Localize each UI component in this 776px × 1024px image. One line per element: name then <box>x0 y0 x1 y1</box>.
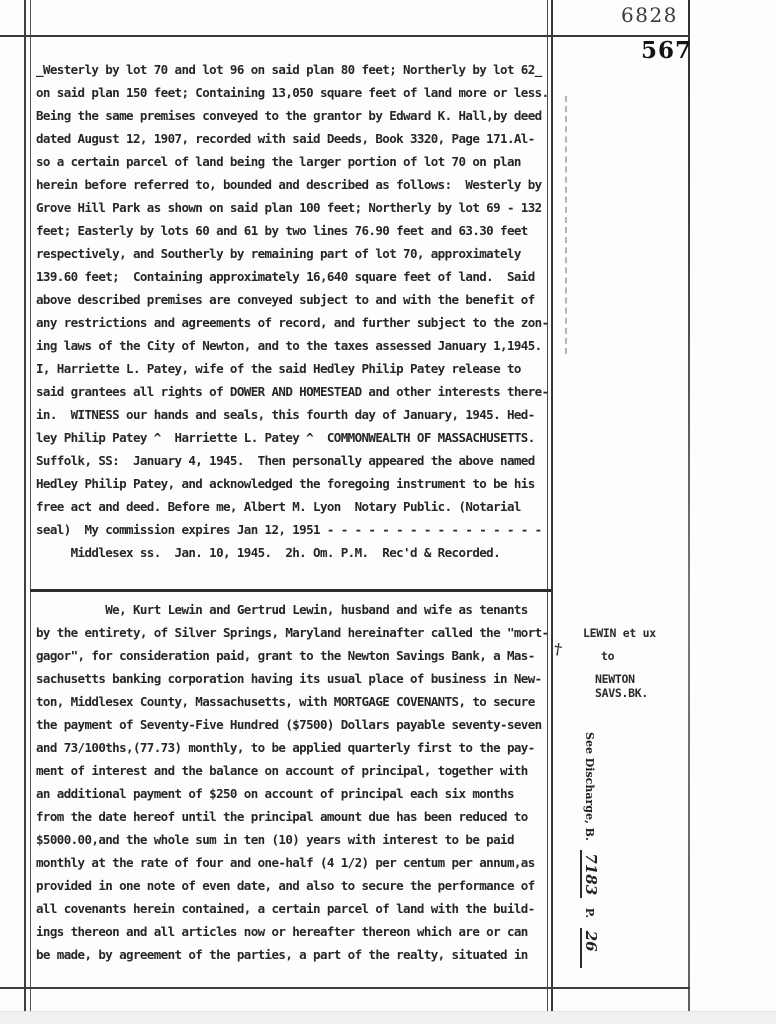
text-line: an additional payment of $250 on account… <box>36 782 552 805</box>
to-label: to <box>583 649 693 663</box>
index-column-right-rule <box>688 0 690 1011</box>
notation-mark: † <box>553 640 563 659</box>
text-line: Grove Hill Park as shown on said plan 10… <box>36 196 552 219</box>
grantor-label: LEWIN et ux <box>583 626 693 640</box>
text-line: in. WITNESS our hands and seals, this fo… <box>36 403 552 426</box>
deed-entry-2-text: We, Kurt Lewin and Gertrud Lewin, husban… <box>36 598 552 966</box>
text-line: Suffolk, SS: January 4, 1945. Then perso… <box>36 449 552 472</box>
scan-edge-strip <box>0 1011 776 1024</box>
text-line: Middlesex ss. Jan. 10, 1945. 2h. Om. P.M… <box>36 541 552 564</box>
text-line: by the entirety, of Silver Springs, Mary… <box>36 621 552 644</box>
discharge-book-handwritten: 7183 <box>580 850 600 898</box>
text-line: herein before referred to, bounded and d… <box>36 173 552 196</box>
text-line: sachusetts banking corporation having it… <box>36 667 552 690</box>
text-line: ing laws of the City of Newton, and to t… <box>36 334 552 357</box>
text-line: seal) My commission expires Jan 12, 1951… <box>36 518 552 541</box>
deed-entry-1-text: _Westerly by lot 70 and lot 96 on said p… <box>36 58 552 564</box>
text-line: monthly at the rate of four and one-half… <box>36 851 552 874</box>
text-line: above described premises are conveyed su… <box>36 288 552 311</box>
page-number: 567 <box>641 37 692 64</box>
bottom-horizontal-rule <box>0 987 690 989</box>
margin-party-index: LEWIN et ux to NEWTON SAVS.BK. <box>583 626 693 700</box>
left-margin-double-rule <box>24 0 31 1011</box>
text-line: provided in one note of even date, and a… <box>36 874 552 897</box>
text-line: from the date hereof until the principal… <box>36 805 552 828</box>
text-line: _Westerly by lot 70 and lot 96 on said p… <box>36 58 552 81</box>
top-horizontal-rule <box>0 35 690 37</box>
text-line: any restrictions and agreements of recor… <box>36 311 552 334</box>
text-line: on said plan 150 feet; Containing 13,050… <box>36 81 552 104</box>
text-line: Hedley Philip Patey, and acknowledged th… <box>36 472 552 495</box>
grantee-label-line2: SAVS.BK. <box>583 686 693 700</box>
text-line: be made, by agreement of the parties, a … <box>36 943 552 966</box>
text-line: so a certain parcel of land being the la… <box>36 150 552 173</box>
discharge-page-handwritten: 26 <box>580 928 600 968</box>
text-line: I, Harriette L. Patey, wife of the said … <box>36 357 552 380</box>
folio-number: 6828 <box>621 3 678 27</box>
text-line: dated August 12, 1907, recorded with sai… <box>36 127 552 150</box>
text-line: respectively, and Southerly by remaining… <box>36 242 552 265</box>
text-line: free act and deed. Before me, Albert M. … <box>36 495 552 518</box>
margin-dash-marks <box>565 96 567 354</box>
text-line: the payment of Seventy-Five Hundred ($75… <box>36 713 552 736</box>
text-line: ings thereon and all articles now or her… <box>36 920 552 943</box>
text-line: feet; Easterly by lots 60 and 61 by two … <box>36 219 552 242</box>
text-line: We, Kurt Lewin and Gertrud Lewin, husban… <box>36 598 552 621</box>
grantee-label-line1: NEWTON <box>583 672 693 686</box>
text-line: ley Philip Patey ^ Harriette L. Patey ^ … <box>36 426 552 449</box>
discharge-reference-note: See Discharge, B. 7183 P. 26 <box>582 732 601 968</box>
scanned-deed-record-page: 6828 567 _Westerly by lot 70 and lot 96 … <box>0 0 776 1024</box>
text-line: ton, Middlesex County, Massachusetts, wi… <box>36 690 552 713</box>
text-line: $5000.00,and the whole sum in ten (10) y… <box>36 828 552 851</box>
text-line: all covenants herein contained, a certai… <box>36 897 552 920</box>
text-line: ment of interest and the balance on acco… <box>36 759 552 782</box>
text-line: gagor", for consideration paid, grant to… <box>36 644 552 667</box>
discharge-page-label: P. <box>583 908 596 918</box>
text-line: said grantees all rights of DOWER AND HO… <box>36 380 552 403</box>
discharge-printed-text: See Discharge, B. <box>583 732 596 841</box>
text-line: and 73/100ths,(77.73) monthly, to be app… <box>36 736 552 759</box>
text-line: 139.60 feet; Containing approximately 16… <box>36 265 552 288</box>
text-line: Being the same premises conveyed to the … <box>36 104 552 127</box>
entry-separator-rule <box>30 589 551 592</box>
